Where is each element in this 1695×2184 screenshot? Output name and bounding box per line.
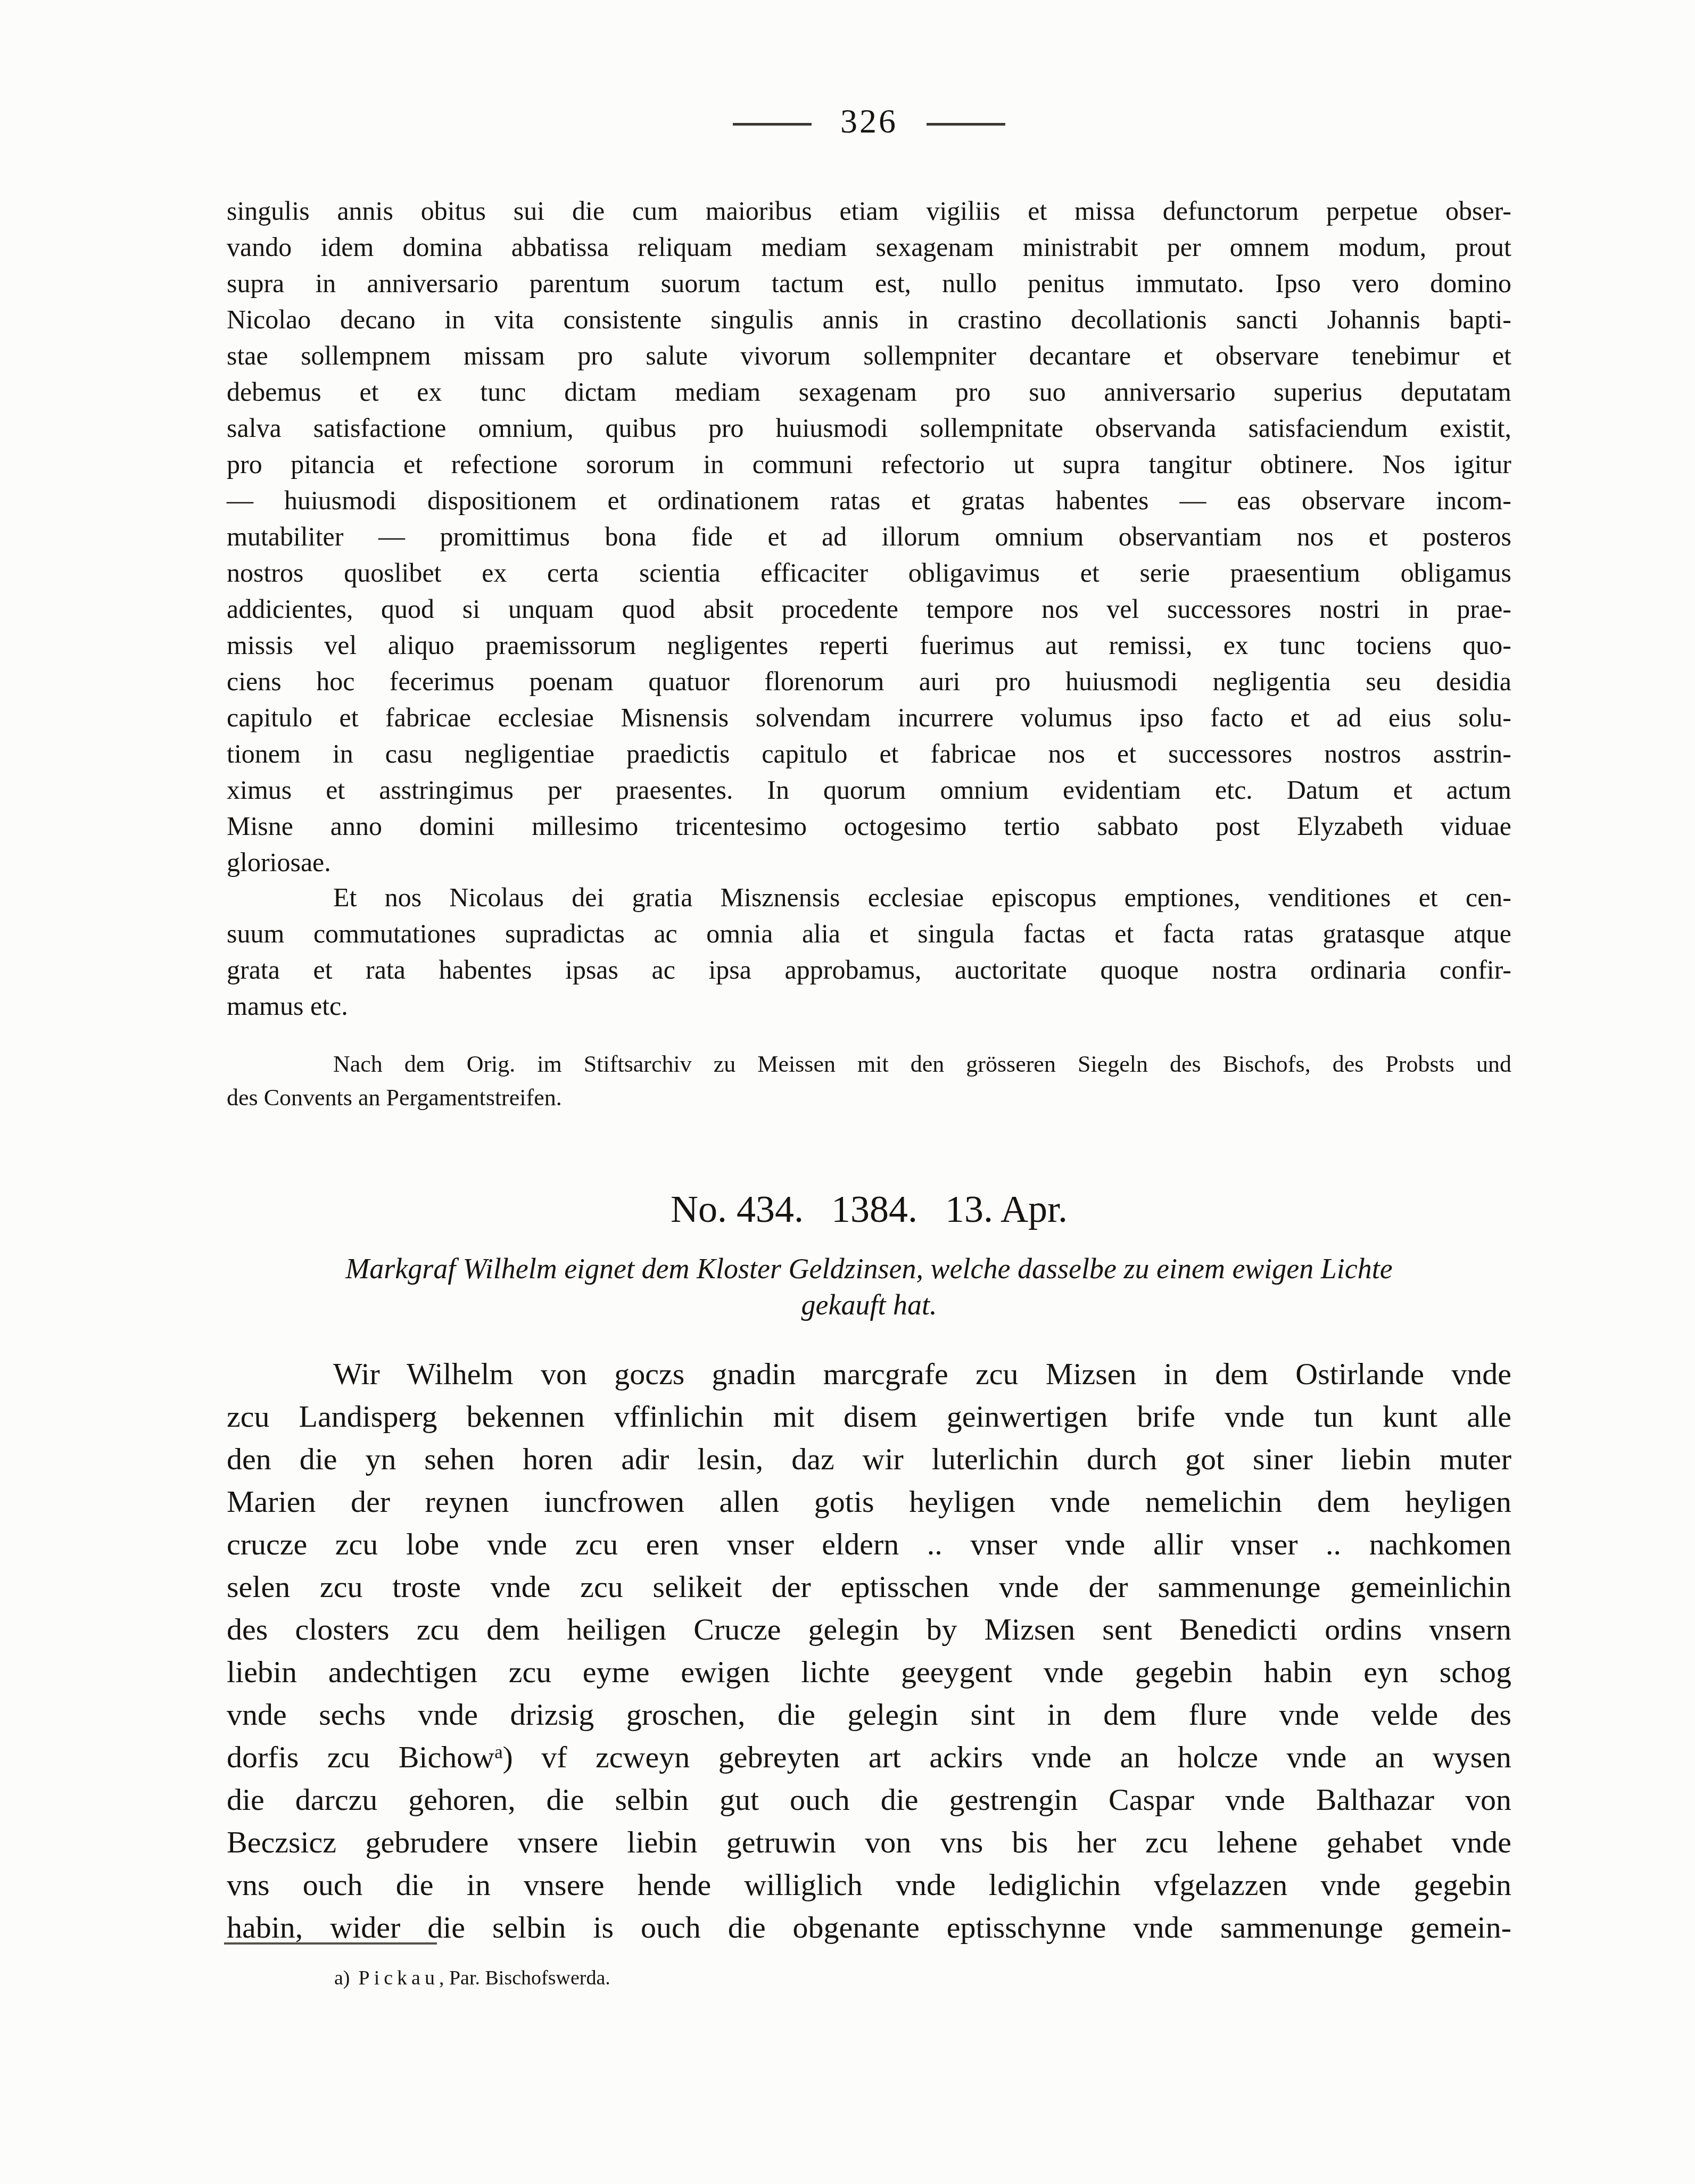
footnote: a)Pickau, Par. Bischofswerda. [334,1966,610,1990]
text-line: pro pitancia et refectione sororum in co… [227,446,1511,482]
german-body: Wir Wilhelm von goczs gnadin marcgrafe z… [227,1353,1511,1949]
entry-number: No. 434. [671,1188,804,1230]
source-note: Nach dem Orig. im Stiftsarchiv zu Meisse… [227,1047,1511,1114]
text-line: tionem in casu negligentiae praedictis c… [227,735,1511,772]
text-line: Et nos Nicolaus dei gratia Misznensis ec… [227,879,1511,915]
text-line: Beczsicz gebrudere vnsere liebin getruwi… [227,1821,1511,1864]
text-line: den die yn sehen horen adir lesin, daz w… [227,1438,1511,1480]
text-line: mutabiliter — promittimus bona fide et a… [227,518,1511,555]
text-line: missis vel aliquo praemissorum negligent… [227,627,1511,663]
book-page: 326 singulis annis obitus sui die cum ma… [0,0,1695,2184]
footnote-ref-marker: a [494,1742,502,1763]
text-line: stae sollempnem missam pro salute vivoru… [227,337,1511,374]
text-line: supra in anniversario parentum suorum ta… [227,265,1511,301]
text-line: Nicolao decano in vita consistente singu… [227,301,1511,337]
text-line: nostros quoslibet ex certa scientia effi… [227,555,1511,591]
text-line: zcu Landisperg bekennen vffinlichin mit … [227,1395,1511,1438]
entry-heading: No. 434.1384.13. Apr. [227,1188,1511,1230]
latin-paragraph-2: Et nos Nicolaus dei gratia Misznensis ec… [227,879,1511,1024]
text-line: vando idem domina abbatissa reliquam med… [227,229,1511,265]
text-line: des closters zcu dem heiligen Crucze gel… [227,1608,1511,1651]
footnote-text: , Par. Bischofswerda. [439,1967,610,1989]
text-line: capitulo et fabricae ecclesiae Misnensis… [227,699,1511,735]
entry-summary: Markgraf Wilhelm eignet dem Kloster Geld… [227,1251,1511,1323]
text-segment: ) vf zcweyn gebreyten art ackirs vnde an… [503,1740,1511,1774]
text-line-with-footnote-ref: dorfis zcu Bichowa) vf zcweyn gebreyten … [227,1736,1511,1778]
text-segment: dorfis zcu Bichow [227,1740,494,1774]
page-number-rule-left [733,123,812,126]
page-number-rule-right [927,123,1005,126]
text-line: vnde sechs vnde drizsig groschen, die ge… [227,1693,1511,1736]
text-line: crucze zcu lobe vnde zcu eren vnser elde… [227,1523,1511,1566]
text-line: Marien der reynen iuncfrowen allen gotis… [227,1480,1511,1523]
footnote-marker: a) [334,1967,350,1989]
text-line: ximus et asstringimus per praesentes. In… [227,772,1511,808]
page-number: 326 [840,104,898,138]
text-line: Nach dem Orig. im Stiftsarchiv zu Meisse… [227,1047,1511,1081]
summary-line: gekauft hat. [227,1287,1511,1323]
text-line: addicientes, quod si unquam quod absit p… [227,591,1511,627]
text-line: die darczu gehoren, die selbin gut ouch … [227,1778,1511,1821]
entry-date: 13. Apr. [945,1188,1068,1230]
text-line: debemus et ex tunc dictam mediam sexagen… [227,374,1511,410]
text-line: des Convents an Pergamentstreifen. [227,1081,1511,1114]
footnote-rule [224,1942,437,1945]
text-line: vns ouch die in vnsere hende williglich … [227,1864,1511,1906]
page-header: 326 [227,104,1511,138]
text-line: Wir Wilhelm von goczs gnadin marcgrafe z… [227,1353,1511,1395]
text-line: gloriosae. [227,844,1511,880]
latin-paragraph-1: singulis annis obitus sui die cum maiori… [227,193,1511,880]
text-line: suum commutationes supradictas ac omnia … [227,915,1511,952]
text-line: mamus etc. [227,988,1511,1024]
summary-line: Markgraf Wilhelm eignet dem Kloster Geld… [227,1251,1511,1287]
footnote-place-name: Pickau [359,1967,439,1989]
text-line: singulis annis obitus sui die cum maiori… [227,193,1511,229]
text-line: liebin andechtigen zcu eyme ewigen licht… [227,1651,1511,1693]
text-line: Misne anno domini millesimo tricentesimo… [227,808,1511,844]
entry-year: 1384. [831,1188,917,1230]
text-line: selen zcu troste vnde zcu selikeit der e… [227,1566,1511,1608]
text-line: — huiusmodi dispositionem et ordinatione… [227,482,1511,518]
text-line: grata et rata habentes ipsas ac ipsa app… [227,952,1511,988]
text-line: ciens hoc fecerimus poenam quatuor flore… [227,663,1511,699]
text-line: salva satisfactione omnium, quibus pro h… [227,410,1511,446]
